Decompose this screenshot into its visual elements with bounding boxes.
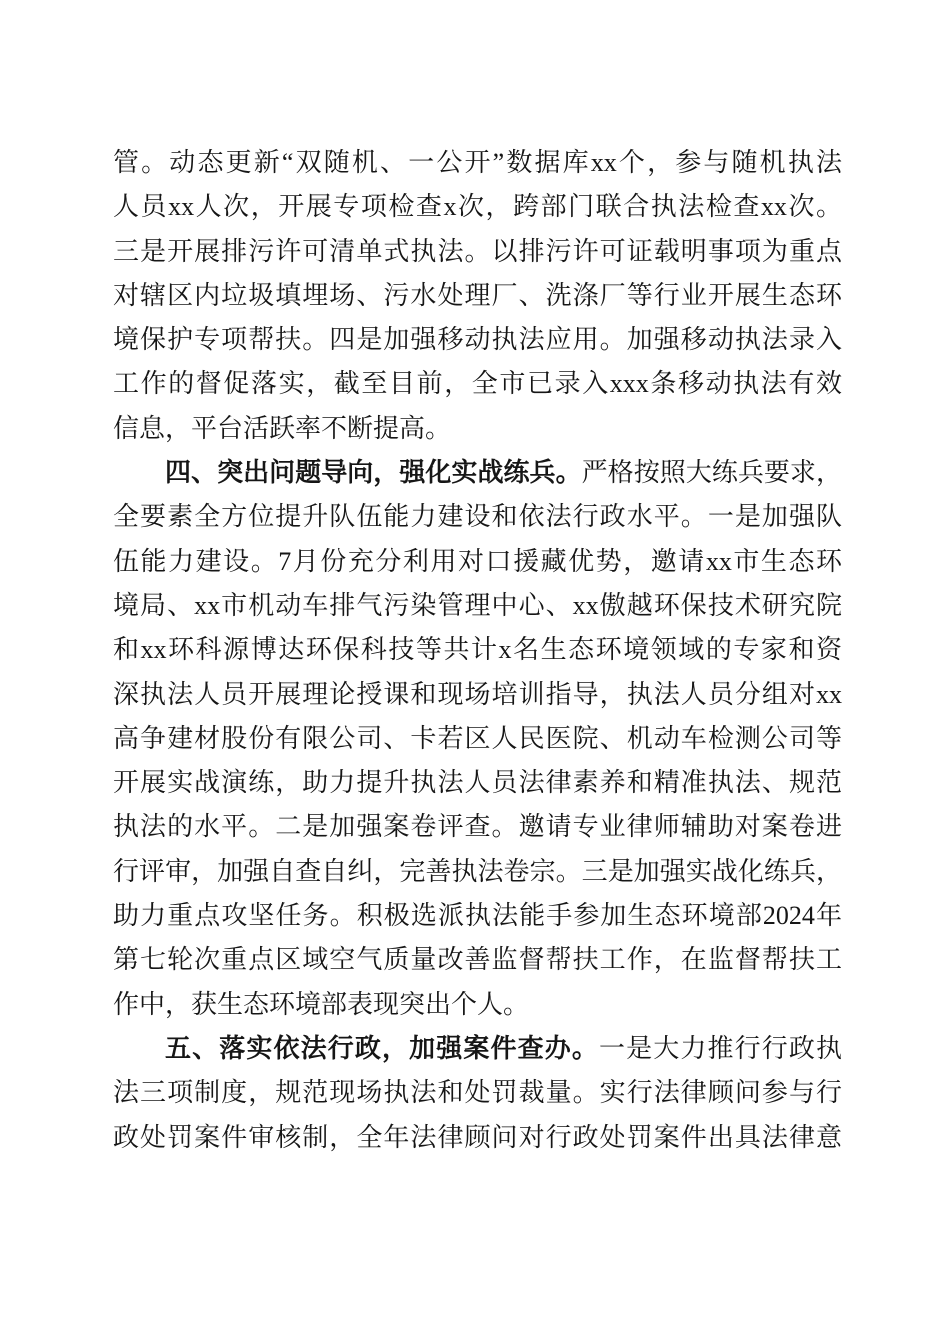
text-segment: 境局、xx市机动车排气污染管理中心、xx傲越环保技术研究院	[113, 591, 842, 620]
text-line: 四、突出问题导向，强化实战练兵。严格按照大练兵要求，	[113, 451, 842, 495]
text-line: 管。动态更新“双随机、一公开”数据库xx个，参与随机执法	[113, 141, 842, 185]
text-segment: 对辖区内垃圾填埋场、污水处理厂、洗涤厂等行业开展生态环	[113, 281, 842, 310]
text-line: 三是开展排污许可清单式执法。以排污许可证载明事项为重点	[113, 230, 842, 274]
document-text: 管。动态更新“双随机、一公开”数据库xx个，参与随机执法人员xx人次，开展专项检…	[113, 141, 842, 1160]
text-segment: 助力重点攻坚任务。积极选派执法能手参加生态环境部2024年	[113, 901, 842, 930]
text-segment: 三是开展排污许可清单式执法。以排污许可证载明事项为重点	[113, 237, 842, 266]
text-segment: 一是大力推行行政执	[599, 1034, 842, 1063]
text-segment: 严格按照大练兵要求，	[582, 458, 842, 487]
text-segment: 全要素全方位提升队伍能力建设和依法行政水平。一是加强队	[113, 502, 842, 531]
text-line: 对辖区内垃圾填埋场、污水处理厂、洗涤厂等行业开展生态环	[113, 274, 842, 318]
text-line: 和xx环科源博达环保科技等共计x名生态环境领域的专家和资	[113, 628, 842, 672]
text-line: 人员xx人次，开展专项检查x次，跨部门联合执法检查xx次。	[113, 185, 842, 229]
text-line: 境局、xx市机动车排气污染管理中心、xx傲越环保技术研究院	[113, 584, 842, 628]
text-segment: 行评审，加强自查自纠，完善执法卷宗。三是加强实战化练兵，	[113, 857, 842, 886]
text-segment: 信息，平台活跃率不断提高。	[113, 414, 451, 443]
text-line: 五、落实依法行政，加强案件查办。一是大力推行行政执	[113, 1027, 842, 1071]
text-segment: 和xx环科源博达环保科技等共计x名生态环境领域的专家和资	[113, 635, 842, 664]
text-segment: 作中，获生态环境部表现突出个人。	[113, 990, 529, 1019]
text-line: 作中，获生态环境部表现突出个人。	[113, 983, 842, 1027]
text-line: 助力重点攻坚任务。积极选派执法能手参加生态环境部2024年	[113, 894, 842, 938]
text-line: 高争建材股份有限公司、卡若区人民医院、机动车检测公司等	[113, 717, 842, 761]
text-line: 政处罚案件审核制，全年法律顾问对行政处罚案件出具法律意	[113, 1116, 842, 1160]
text-segment: 开展实战演练，助力提升执法人员法律素养和精准执法、规范	[113, 768, 842, 797]
text-line: 执法的水平。二是加强案卷评查。邀请专业律师辅助对案卷进	[113, 805, 842, 849]
text-segment: 政处罚案件审核制，全年法律顾问对行政处罚案件出具法律意	[113, 1123, 842, 1152]
text-line: 深执法人员开展理论授课和现场培训指导，执法人员分组对xx	[113, 673, 842, 717]
document-page: 管。动态更新“双随机、一公开”数据库xx个，参与随机执法人员xx人次，开展专项检…	[0, 0, 950, 1344]
heading-segment: 四、突出问题导向，强化实战练兵。	[165, 458, 582, 487]
text-line: 法三项制度，规范现场执法和处罚裁量。实行法律顾问参与行	[113, 1071, 842, 1115]
text-segment: 高争建材股份有限公司、卡若区人民医院、机动车检测公司等	[113, 724, 842, 753]
text-segment: 第七轮次重点区域空气质量改善监督帮扶工作，在监督帮扶工	[113, 945, 842, 974]
text-line: 伍能力建设。7月份充分利用对口援藏优势，邀请xx市生态环	[113, 540, 842, 584]
text-segment: 伍能力建设。7月份充分利用对口援藏优势，邀请xx市生态环	[113, 547, 842, 576]
text-segment: 管。动态更新“双随机、一公开”数据库xx个，参与随机执法	[113, 148, 842, 177]
text-line: 开展实战演练，助力提升执法人员法律素养和精准执法、规范	[113, 761, 842, 805]
text-segment: 执法的水平。二是加强案卷评查。邀请专业律师辅助对案卷进	[113, 812, 842, 841]
text-line: 境保护专项帮扶。四是加强移动执法应用。加强移动执法录入	[113, 318, 842, 362]
text-segment: 工作的督促落实，截至目前，全市已录入xxx条移动执法有效	[113, 369, 842, 398]
text-line: 信息，平台活跃率不断提高。	[113, 407, 842, 451]
text-line: 全要素全方位提升队伍能力建设和依法行政水平。一是加强队	[113, 495, 842, 539]
text-segment: 境保护专项帮扶。四是加强移动执法应用。加强移动执法录入	[113, 325, 842, 354]
text-segment: 深执法人员开展理论授课和现场培训指导，执法人员分组对xx	[113, 680, 842, 709]
text-line: 工作的督促落实，截至目前，全市已录入xxx条移动执法有效	[113, 362, 842, 406]
text-segment: 法三项制度，规范现场执法和处罚裁量。实行法律顾问参与行	[113, 1078, 842, 1107]
text-line: 行评审，加强自查自纠，完善执法卷宗。三是加强实战化练兵，	[113, 850, 842, 894]
text-line: 第七轮次重点区域空气质量改善监督帮扶工作，在监督帮扶工	[113, 938, 842, 982]
heading-segment: 五、落实依法行政，加强案件查办。	[165, 1034, 599, 1063]
text-segment: 人员xx人次，开展专项检查x次，跨部门联合执法检查xx次。	[113, 192, 842, 221]
